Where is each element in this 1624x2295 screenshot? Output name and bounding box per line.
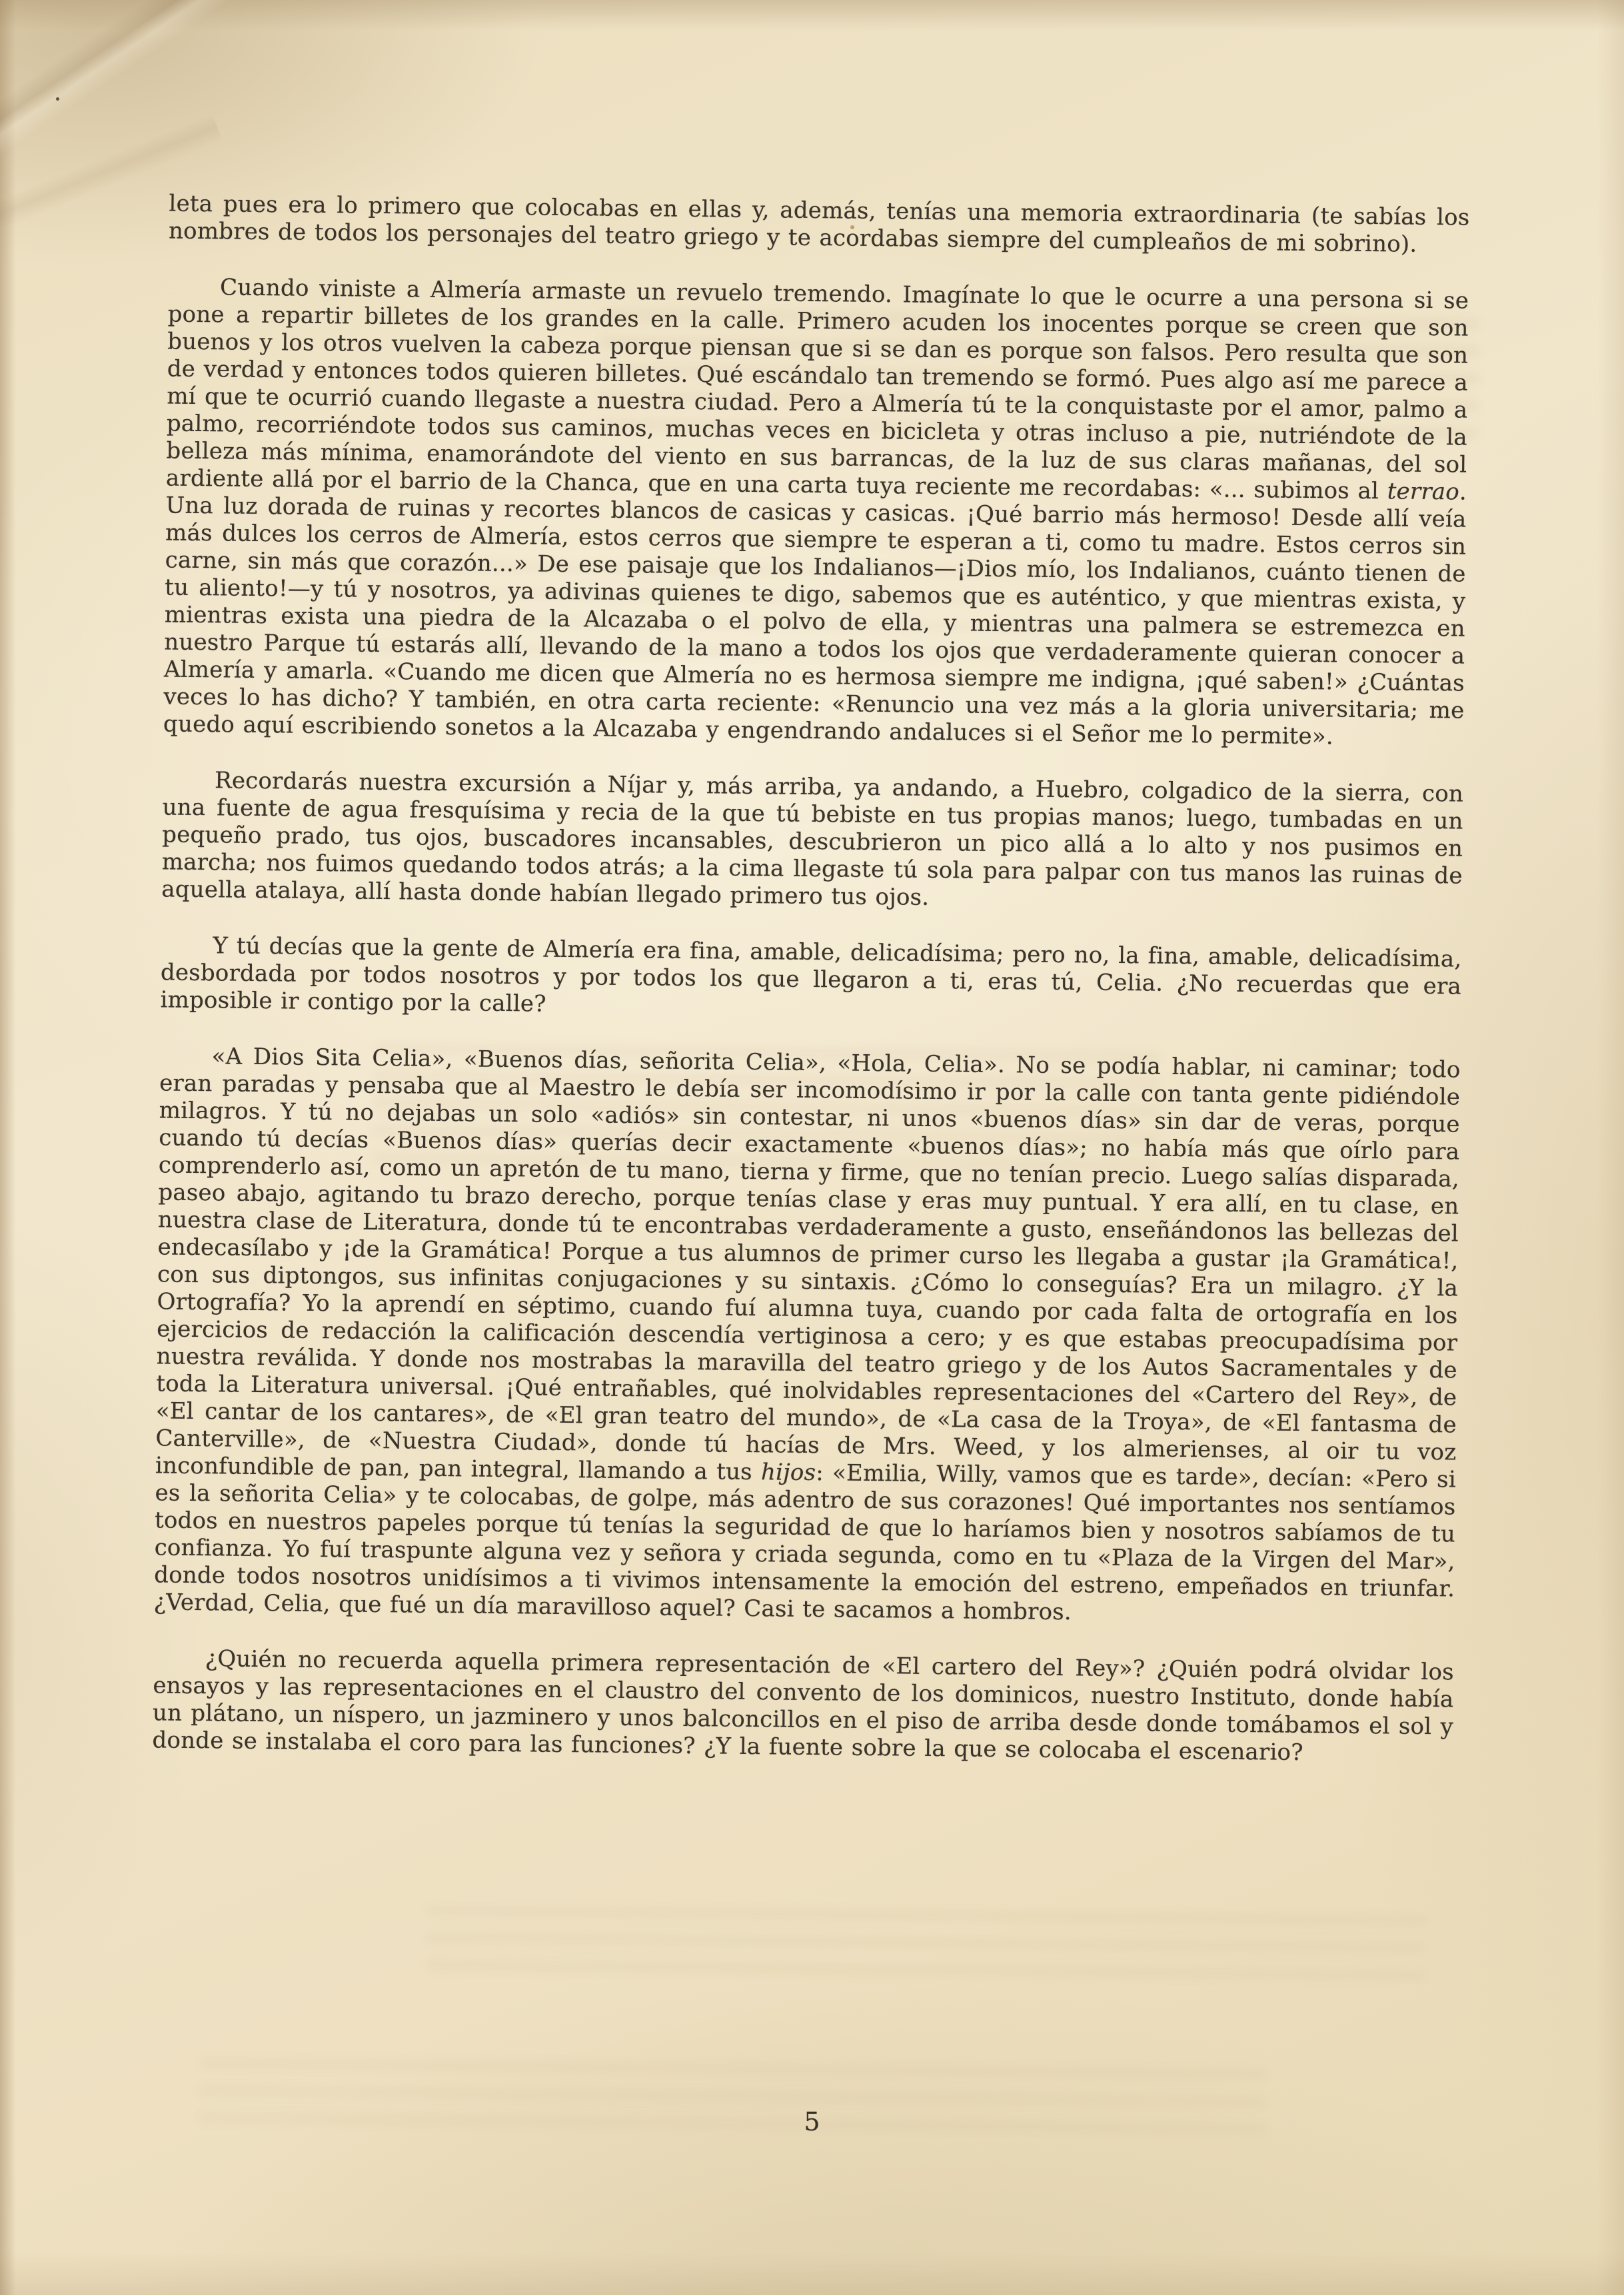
scanned-page: leta pues era lo primero que colocabas e… bbox=[0, 0, 1624, 2295]
paper-speck bbox=[56, 97, 59, 101]
text-run: leta pues era lo primero que colocabas e… bbox=[169, 190, 1470, 257]
text-run: ¿Quién no recuerda aquella primera repre… bbox=[152, 1645, 1454, 1766]
text-run: Cuando viniste a Almería armaste un revu… bbox=[166, 274, 1469, 504]
italic-run: terrao bbox=[1387, 478, 1459, 505]
text-run: Y tú decías que la gente de Almería era … bbox=[160, 932, 1461, 1017]
paragraph: leta pues era lo primero que colocabas e… bbox=[169, 190, 1470, 259]
page-number: 5 bbox=[0, 2107, 1624, 2136]
paragraph: Cuando viniste a Almería armaste un revu… bbox=[163, 273, 1469, 752]
paragraph: ¿Quién no recuerda aquella primera repre… bbox=[152, 1645, 1454, 1768]
italic-run: hijos bbox=[761, 1459, 816, 1486]
paragraph: Y tú decías que la gente de Almería era … bbox=[160, 932, 1461, 1028]
text-run: «A Dios Sita Celia», «Buenos días, señor… bbox=[155, 1043, 1461, 1485]
paragraph: «A Dios Sita Celia», «Buenos días, señor… bbox=[154, 1042, 1461, 1630]
paragraph: Recordarás nuestra excursión a Níjar y, … bbox=[161, 766, 1463, 917]
text-block: leta pues era lo primero que colocabas e… bbox=[152, 190, 1469, 1768]
text-run: . Una luz dorada de ruinas y recortes bl… bbox=[163, 478, 1467, 750]
ink-showthrough bbox=[426, 1894, 1426, 1991]
text-run: Recordarás nuestra excursión a Níjar y, … bbox=[161, 767, 1463, 911]
